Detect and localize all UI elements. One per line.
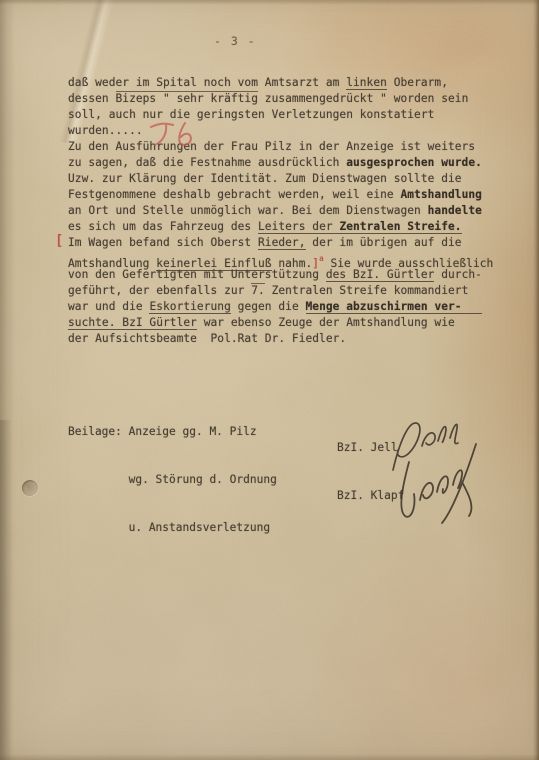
text-segment: dessen — [68, 92, 116, 105]
document-line: war und die Eskortierung gegen die Menge… — [68, 299, 493, 315]
document-line: [Im Wagen befand sich Oberst Rieder, der… — [68, 235, 493, 251]
marked-text-segment: [ — [55, 233, 63, 249]
marked-text-segment: handelte — [428, 204, 482, 217]
marked-text-segment: linken — [346, 76, 387, 90]
document-line: zu sagen, daß die Festnahme ausdrücklich… — [68, 155, 493, 171]
document-line: Uzw. zur Klärung der Identität. Zum Dien… — [68, 171, 493, 187]
text-segment: Festgenommene deshalb gebracht werden, w… — [68, 188, 401, 201]
marked-text-segment: Eskortierung — [149, 300, 230, 314]
paper-edge-shadow-left-lower — [0, 420, 12, 760]
text-segment: zusammengedrückt " worden sein — [258, 92, 468, 105]
text-segment: geführt, der ebenfalls zur — [68, 284, 251, 297]
paper-edge-shadow-bottom — [0, 754, 539, 760]
document-line: an Ort und Stelle unmöglich war. Bei dem… — [68, 203, 493, 219]
document-line: es sich um das Fahrzeug des Leiters der … — [68, 219, 493, 235]
text-segment: an Ort und Stelle unmöglich war. Bei dem… — [68, 204, 428, 217]
document-line: suchte. BzI Gürtler war ebenso Zeuge der… — [68, 315, 493, 331]
text-segment: Im Wagen befand sich Oberst — [68, 236, 258, 249]
text-segment: soll, auch nur die geringsten Verletzung… — [68, 108, 434, 121]
marked-text-segment: 7. — [251, 283, 265, 297]
document-line: Amtshandlung keinerlei Einfluß nahm.]a S… — [68, 251, 493, 267]
document-line: dessen Bizeps " sehr kräftig zusammenged… — [68, 91, 493, 107]
marked-text-segment: Bizeps " sehr kräftig — [116, 91, 259, 105]
document-line: geführt, der ebenfalls zur 7. Zentralen … — [68, 283, 493, 299]
attachment-line: u. Anstandsverletzung — [68, 520, 277, 536]
marked-text-segment: Rieder, — [258, 236, 306, 250]
document-body: daß weder im Spital noch vom Amtsarzt am… — [68, 75, 493, 347]
marked-text-segment: Amtshandlung — [401, 188, 482, 201]
attachment-note: Beilage: Anzeige gg. M. Pilz wg. Störung… — [68, 392, 277, 568]
marked-text-segment: suchte. BzI Gürtler — [68, 316, 197, 330]
text-segment: durch- — [434, 268, 482, 281]
signature-label-klapf: BzI. Klapf — [337, 489, 404, 502]
text-segment: Zentralen Streife kommandiert — [265, 284, 469, 297]
signature-label-jell: BzI. Jell — [337, 441, 398, 454]
document-line: daß weder im Spital noch vom Amtsarzt am… — [68, 75, 493, 91]
attachment-line: wg. Störung d. Ordnung — [68, 472, 277, 488]
marked-text-segment: des BzI. Gürtler — [326, 268, 435, 282]
document-line: Zu den Ausführungen der Frau Pilz in der… — [68, 139, 493, 155]
punch-hole — [22, 480, 38, 496]
text-segment: war und die — [68, 300, 149, 313]
text-segment: Zu den Ausführungen der Frau Pilz in der… — [68, 140, 475, 153]
document-line: wurden..... — [68, 123, 493, 139]
document-line: soll, auch nur die geringsten Verletzung… — [68, 107, 493, 123]
marked-text-segment: ausgesprochen wurde. — [346, 156, 482, 169]
text-segment: von den Gefertigten mit Unterstützung — [68, 268, 326, 281]
marked-text-segment: Menge abzuschirmen ver- — [306, 300, 462, 314]
marked-text-segment: Zentralen Streife. — [339, 220, 461, 234]
paper-edge-shadow-right — [533, 0, 539, 760]
scanned-document-page: - 3 - daß weder im Spital noch vom Amtsa… — [0, 0, 539, 760]
text-segment: zu sagen, daß die Festnahme ausdrücklich — [68, 156, 346, 169]
text-segment: daß weder im Spital noch vom Amtsarzt am — [68, 76, 346, 89]
text-segment: Uzw. zur Klärung der Identität. Zum Dien… — [68, 172, 462, 185]
text-segment: war ebenso Zeuge der Amtshandlung wie — [197, 316, 455, 329]
document-line: von den Gefertigten mit Unterstützung de… — [68, 267, 493, 283]
text-segment: gegen die — [231, 300, 306, 313]
text-segment: wurden..... — [68, 124, 143, 137]
text-segment: es sich um das Fahrzeug des — [68, 220, 258, 233]
marked-text-segment — [462, 300, 482, 314]
text-segment: der Aufsichtsbeamte Pol.Rat Dr. Fiedler. — [68, 332, 346, 345]
document-line: der Aufsichtsbeamte Pol.Rat Dr. Fiedler. — [68, 331, 493, 347]
attachment-line: Beilage: Anzeige gg. M. Pilz — [68, 424, 277, 440]
text-segment: Oberarm, — [387, 76, 448, 89]
text-segment: der im übrigen auf die — [306, 236, 462, 249]
page-number: - 3 - — [214, 34, 256, 48]
document-line: Festgenommene deshalb gebracht werden, w… — [68, 187, 493, 203]
marked-text-segment: Leiters der — [258, 220, 339, 234]
paper-edge-shadow-top — [0, 0, 539, 5]
